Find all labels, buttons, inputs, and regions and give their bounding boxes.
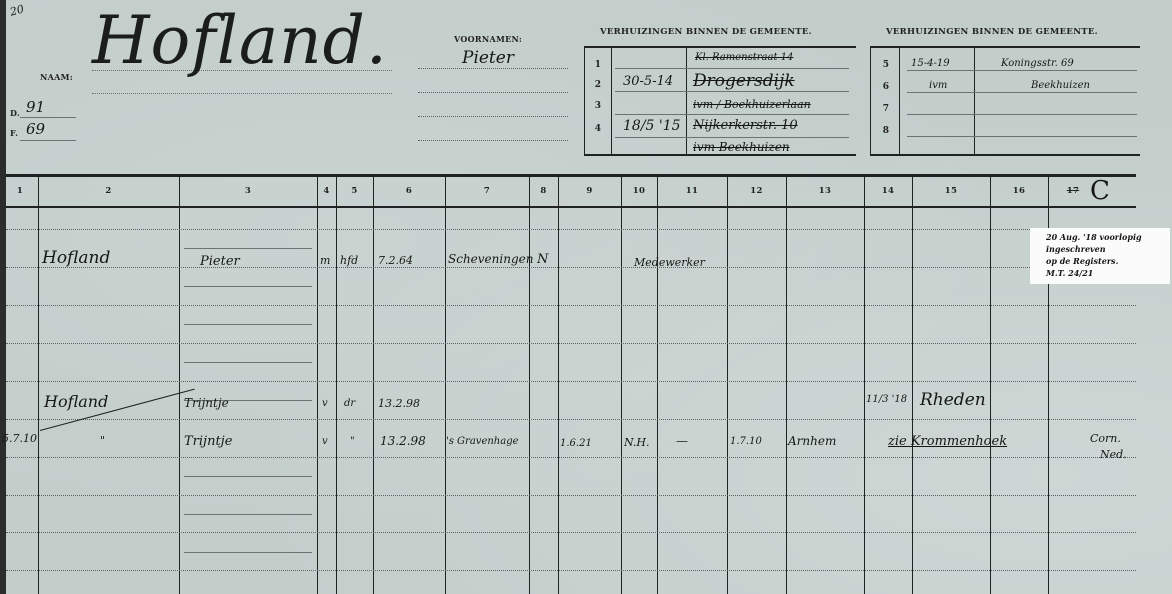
col-header-15: 15 xyxy=(912,186,990,196)
row3-date-col12: 1.7.10 xyxy=(730,436,762,447)
row3-birth-place: 's Gravenhage xyxy=(446,436,519,447)
row2-relation: dr xyxy=(344,398,355,409)
col-header-6: 6 xyxy=(373,186,445,196)
move-number: 5 xyxy=(879,60,893,70)
row-rule xyxy=(6,495,1136,496)
moves-divider xyxy=(974,48,975,154)
row1-first-name: Pieter xyxy=(200,254,240,269)
note-line: 20 Aug. '18 voorlopig xyxy=(1046,231,1164,243)
col3-subrule xyxy=(184,248,312,249)
row3-first-name: Trijntje xyxy=(184,434,232,449)
move-date: 30-5-14 xyxy=(623,74,673,89)
row1-birth-place: Scheveningen xyxy=(448,252,533,266)
row-rule xyxy=(6,343,1136,344)
row1-sex: m xyxy=(320,254,330,267)
moves-table-left: 1 2 3 4 30-5-14 18/5 '15 Kl. Ramenstraat… xyxy=(584,46,856,156)
col17-annotation: C xyxy=(1090,176,1110,206)
move-number: 8 xyxy=(879,126,893,136)
f-value: 69 xyxy=(26,120,45,138)
d-value: 91 xyxy=(26,98,45,116)
pasted-note: 20 Aug. '18 voorlopig ingeschreven op de… xyxy=(1030,228,1170,284)
voornamen-rule-1 xyxy=(418,68,568,69)
moves-title-left: VERHUIZINGEN BINNEN DE GEMEENTE. xyxy=(600,27,812,37)
move-address: ivm Beekhuizen xyxy=(693,140,790,154)
moves-rule xyxy=(907,136,1137,137)
naam-label: NAAM: xyxy=(40,72,73,82)
move-date: 18/5 '15 xyxy=(623,118,681,134)
row3-surname: " xyxy=(100,434,105,447)
col-header-5: 5 xyxy=(336,186,373,196)
moves-rule xyxy=(615,91,849,92)
move-address: ivm / Boekhuizerlaan xyxy=(693,98,811,111)
moves-table-right: 5 6 7 8 15-4-19 ivm Koningsstr. 69 Beekh… xyxy=(870,46,1140,156)
moves-rule xyxy=(907,114,1137,115)
col3-subrule xyxy=(184,324,312,325)
card-left-edge xyxy=(0,0,6,594)
col-header-10: 10 xyxy=(621,186,657,196)
row1-relation: hfd xyxy=(340,254,358,267)
row-rule xyxy=(6,419,1136,420)
row3-note: zie Krommenhoek xyxy=(888,434,1007,449)
moves-divider xyxy=(686,48,687,154)
row3-sex: v xyxy=(322,436,328,447)
moves-rule xyxy=(907,70,1137,71)
col-header-4: 4 xyxy=(317,186,336,196)
d-label: D. xyxy=(10,108,20,118)
col-header-2: 2 xyxy=(38,186,179,196)
row3-religion: N.H. xyxy=(624,436,650,449)
row3-relation: " xyxy=(350,436,355,447)
move-number: 4 xyxy=(591,124,605,134)
row2-place: Rheden xyxy=(920,390,986,410)
move-address: Kl. Ramenstraat 14 xyxy=(695,52,793,63)
f-rule xyxy=(20,140,76,141)
voornamen-rule-4 xyxy=(418,140,568,141)
registration-card: 20 NAAM: Hofland. D. 91 F. 69 VOORNAMEN:… xyxy=(0,0,1172,594)
row-rule xyxy=(6,229,1046,230)
col-header-7: 7 xyxy=(445,186,529,196)
voornamen-value: Pieter xyxy=(462,48,514,68)
note-line: ingeschreven xyxy=(1046,243,1164,255)
voornamen-rule-3 xyxy=(418,116,568,117)
move-number: 1 xyxy=(591,60,605,70)
table-header-border xyxy=(6,206,1136,208)
col-header-14: 14 xyxy=(864,186,912,196)
move-address: Koningsstr. 69 xyxy=(1001,58,1074,69)
naam-rule-2 xyxy=(92,93,392,94)
row3-col11: — xyxy=(676,434,688,448)
moves-title-right: VERHUIZINGEN BINNEN DE GEMEENTE. xyxy=(886,27,1098,37)
col3-subrule xyxy=(184,552,312,553)
col-header-13: 13 xyxy=(786,186,864,196)
row3-birth-date: 13.2.98 xyxy=(380,434,426,448)
row-rule xyxy=(6,381,1136,382)
row3-date: 5.7.10 xyxy=(2,432,37,445)
row-rule xyxy=(6,305,1136,306)
row-rule xyxy=(6,457,1136,458)
col-header-11: 11 xyxy=(657,186,727,196)
move-address: Nijkerkerstr. 10 xyxy=(693,118,798,133)
surname-heading: Hofland. xyxy=(92,8,388,74)
voornamen-label: VOORNAMEN: xyxy=(454,34,522,44)
move-number: 6 xyxy=(879,82,893,92)
row1-birth-date: 7.2.64 xyxy=(378,254,413,267)
row2-date: 11/3 '18 xyxy=(866,394,907,405)
col-header-3: 3 xyxy=(179,186,317,196)
moves-rule xyxy=(907,92,1137,93)
row2-surname: Hofland xyxy=(44,392,108,411)
row-rule xyxy=(6,570,1136,571)
corner-mark: 20 xyxy=(9,2,26,18)
row1-religion: N xyxy=(537,252,548,267)
move-date: ivm xyxy=(929,80,947,91)
note-line: M.T. 24/21 xyxy=(1046,267,1164,279)
row1-occupation: Medewerker xyxy=(634,256,705,269)
d-rule xyxy=(20,117,76,118)
row-rule xyxy=(6,267,1046,268)
move-address: Beekhuizen xyxy=(1031,80,1090,91)
col-header-8: 8 xyxy=(529,186,558,196)
row2-sex: v xyxy=(322,398,328,409)
moves-rule xyxy=(615,137,849,138)
row1-surname: Hofland xyxy=(42,248,110,268)
moves-rule xyxy=(615,114,849,115)
f-label: F. xyxy=(10,128,18,138)
col-header-1: 1 xyxy=(10,186,30,196)
row3-note-line2: Ned. xyxy=(1100,448,1127,461)
voornamen-rule-2 xyxy=(418,92,568,93)
moves-divider xyxy=(611,48,612,154)
col-header-16: 16 xyxy=(990,186,1048,196)
move-number: 2 xyxy=(591,80,605,90)
table-top-border xyxy=(6,174,1136,177)
col3-subrule xyxy=(184,514,312,515)
row2-first-name: Trijntje xyxy=(184,396,229,410)
row3-place: Arnhem xyxy=(788,434,836,448)
note-line: op de Registers. xyxy=(1046,255,1164,267)
moves-rule xyxy=(615,68,849,69)
row2-birth-date: 13.2.98 xyxy=(378,397,420,410)
move-number: 3 xyxy=(591,101,605,111)
col3-subrule xyxy=(184,286,312,287)
move-date: 15-4-19 xyxy=(911,58,950,69)
moves-divider xyxy=(899,48,900,154)
move-number: 7 xyxy=(879,104,893,114)
col3-subrule xyxy=(184,362,312,363)
col3-subrule xyxy=(184,476,312,477)
col-header-9: 9 xyxy=(558,186,621,196)
move-address: Drogersdijk xyxy=(693,71,795,91)
row3-date-col9: 1.6.21 xyxy=(560,438,592,449)
row-rule xyxy=(6,532,1136,533)
row3-note-line1: Corn. xyxy=(1090,432,1121,445)
col-header-12: 12 xyxy=(727,186,786,196)
